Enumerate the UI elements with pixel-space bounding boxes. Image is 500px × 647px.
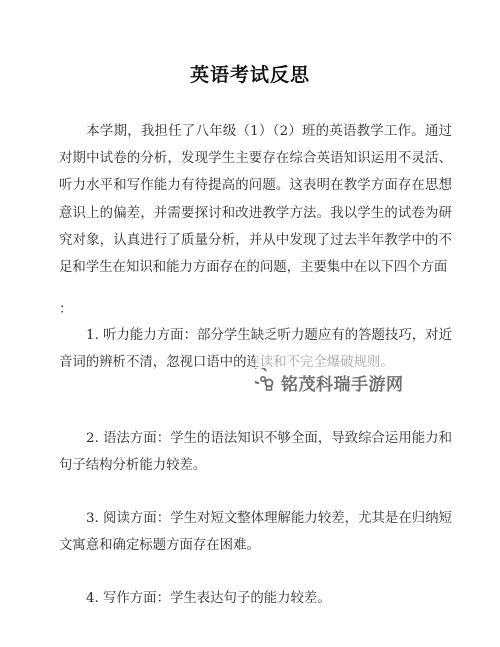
- list-item-grammar: 2. 语法方面：学生的语法知识不够全面，导致综合运用能力和句子结构分析能力较差。: [59, 425, 452, 479]
- watermark: 铭茂科瑞手游网: [255, 368, 404, 396]
- document-page: 英语考试反思 本学期，我担任了八年级（1）（2）班的英语教学工作。通过对期中试卷…: [0, 0, 500, 647]
- list-item-text: 4. 写作方面：学生表达句子的能力较差。: [86, 591, 331, 606]
- list-item-writing: 4. 写作方面：学生表达句子的能力较差。: [59, 585, 452, 612]
- list-item-reading: 3. 阅读方面：学生对短文整体理解能力较差，尤其是在归纳短文寓意和确定标题方面存…: [59, 505, 452, 559]
- list-item-text: 2. 语法方面：学生的语法知识不够全面，导致综合运用能力和句子结构分析能力较差。: [59, 431, 452, 473]
- list-item-text: 3. 阅读方面：学生对短文整体理解能力较差，尤其是在归纳短文寓意和确定标题方面存…: [59, 511, 452, 553]
- watermark-text: 铭茂科瑞手游网: [281, 370, 404, 395]
- gamepad-logo-icon: [255, 368, 277, 396]
- document-title: 英语考试反思: [0, 60, 500, 87]
- intro-text: 本学期，我担任了八年级（1）（2）班的英语教学工作。通过对期中试卷的分析，发现学…: [59, 124, 452, 275]
- intro-trailing-colon: ：: [59, 298, 72, 317]
- intro-paragraph: 本学期，我担任了八年级（1）（2）班的英语教学工作。通过对期中试卷的分析，发现学…: [59, 118, 452, 281]
